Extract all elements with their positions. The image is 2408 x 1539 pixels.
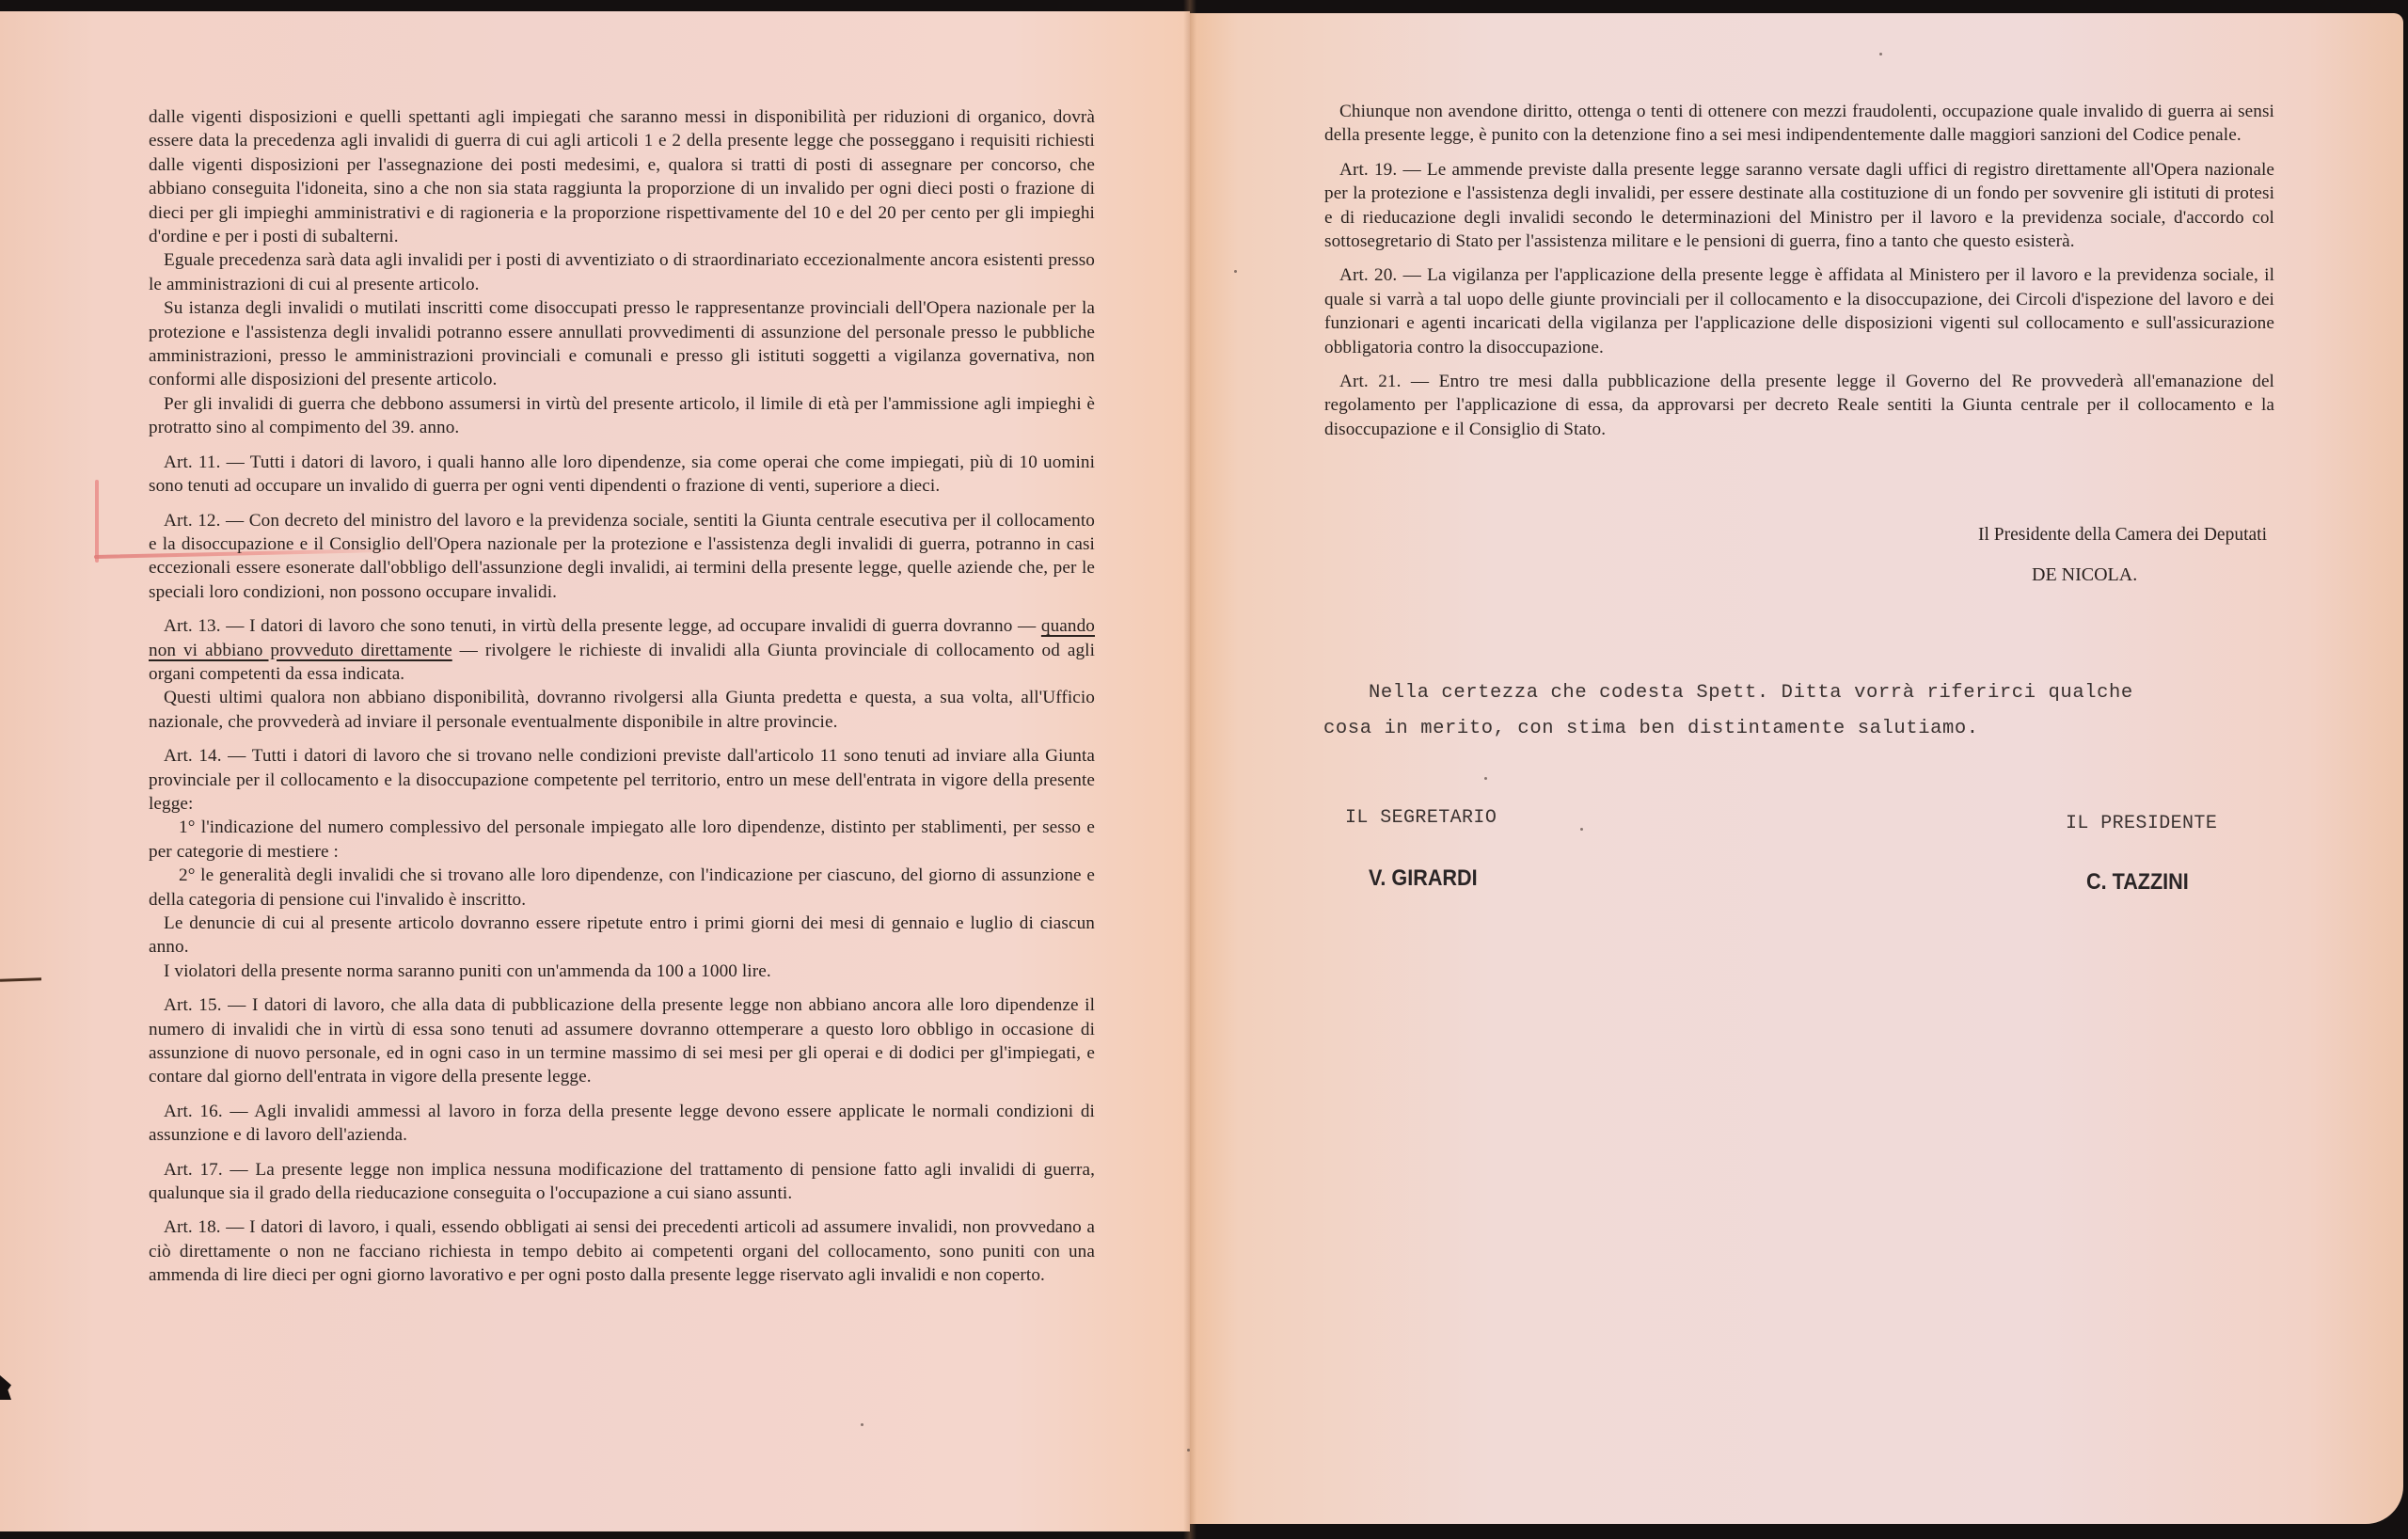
paragraph: dalle vigenti disposizioni e quelli spet… bbox=[149, 105, 1095, 248]
article-13-text-before: Art. 13. — I datori di lavoro che sono t… bbox=[164, 616, 1041, 636]
book-gutter bbox=[1183, 0, 1196, 1539]
secretary-label: IL SEGRETARIO bbox=[1345, 807, 1497, 829]
article-13-continued: Questi ultimi qualora non abbiano dispon… bbox=[149, 686, 1095, 734]
left-page-text: dalle vigenti disposizioni e quelli spet… bbox=[149, 105, 1095, 1288]
president-label: IL PRESIDENTE bbox=[2066, 813, 2217, 834]
paragraph: Su istanza degli invalidi o mutilati ins… bbox=[149, 296, 1095, 392]
paper-speck bbox=[1234, 270, 1237, 273]
article-17: Art. 17. — La presente legge non implica… bbox=[149, 1158, 1095, 1206]
article-14-penalty: I violatori della presente norma saranno… bbox=[149, 960, 1095, 983]
article-20: Art. 20. — La vigilanza per l'applicazio… bbox=[1324, 263, 2274, 359]
article-13: Art. 13. — I datori di lavoro che sono t… bbox=[149, 614, 1095, 686]
chamber-president-title: Il Presidente della Camera dei Deputati bbox=[1872, 525, 2267, 546]
paragraph: Eguale precedenza sarà data agli invalid… bbox=[149, 248, 1095, 296]
president-name: C. TAZZINI bbox=[2086, 869, 2189, 896]
typewritten-closing: Nella certezza che codesta Spett. Ditta … bbox=[1323, 675, 2283, 747]
article-18: Art. 18. — I datori di lavoro, i quali, … bbox=[149, 1215, 1095, 1287]
secretary-name: V. GIRARDI bbox=[1369, 865, 1478, 892]
paper-speck bbox=[1187, 1449, 1190, 1452]
article-11: Art. 11. — Tutti i datori di lavoro, i q… bbox=[149, 451, 1095, 499]
article-19: Art. 19. — Le ammende previste dalla pre… bbox=[1324, 158, 2274, 254]
article-21: Art. 21. — Entro tre mesi dalla pubblica… bbox=[1324, 370, 2274, 441]
chamber-president-name: DE NICOLA. bbox=[2032, 564, 2137, 586]
article-15: Art. 15. — I datori di lavoro, che alla … bbox=[149, 993, 1095, 1089]
article-18-continued: Chiunque non avendone diritto, ottenga o… bbox=[1324, 100, 2274, 148]
paragraph: Per gli invalidi di guerra che debbono a… bbox=[149, 392, 1095, 440]
article-14-item-1: 1° l'indicazione del numero complessivo … bbox=[149, 816, 1095, 864]
right-page-text: Chiunque non avendone diritto, ottenga o… bbox=[1324, 100, 2274, 441]
closing-line-1: Nella certezza che codesta Spett. Ditta … bbox=[1323, 675, 2283, 711]
article-12: Art. 12. — Con decreto del ministro del … bbox=[149, 509, 1095, 605]
article-16: Art. 16. — Agli invalidi ammessi al lavo… bbox=[149, 1100, 1095, 1148]
red-pencil-bracket-vertical bbox=[95, 480, 99, 563]
paper-speck bbox=[1580, 828, 1583, 831]
paper-speck bbox=[861, 1423, 863, 1426]
article-14: Art. 14. — Tutti i datori di lavoro che … bbox=[149, 744, 1095, 816]
article-14-item-2: 2° le generalità degli invalidi che si t… bbox=[149, 864, 1095, 912]
paper-speck bbox=[1484, 777, 1487, 780]
paper-speck bbox=[1879, 53, 1882, 56]
closing-line-2: cosa in merito, con stima ben distintame… bbox=[1323, 711, 2283, 747]
article-14-continued: Le denuncie di cui al presente articolo … bbox=[149, 912, 1095, 960]
